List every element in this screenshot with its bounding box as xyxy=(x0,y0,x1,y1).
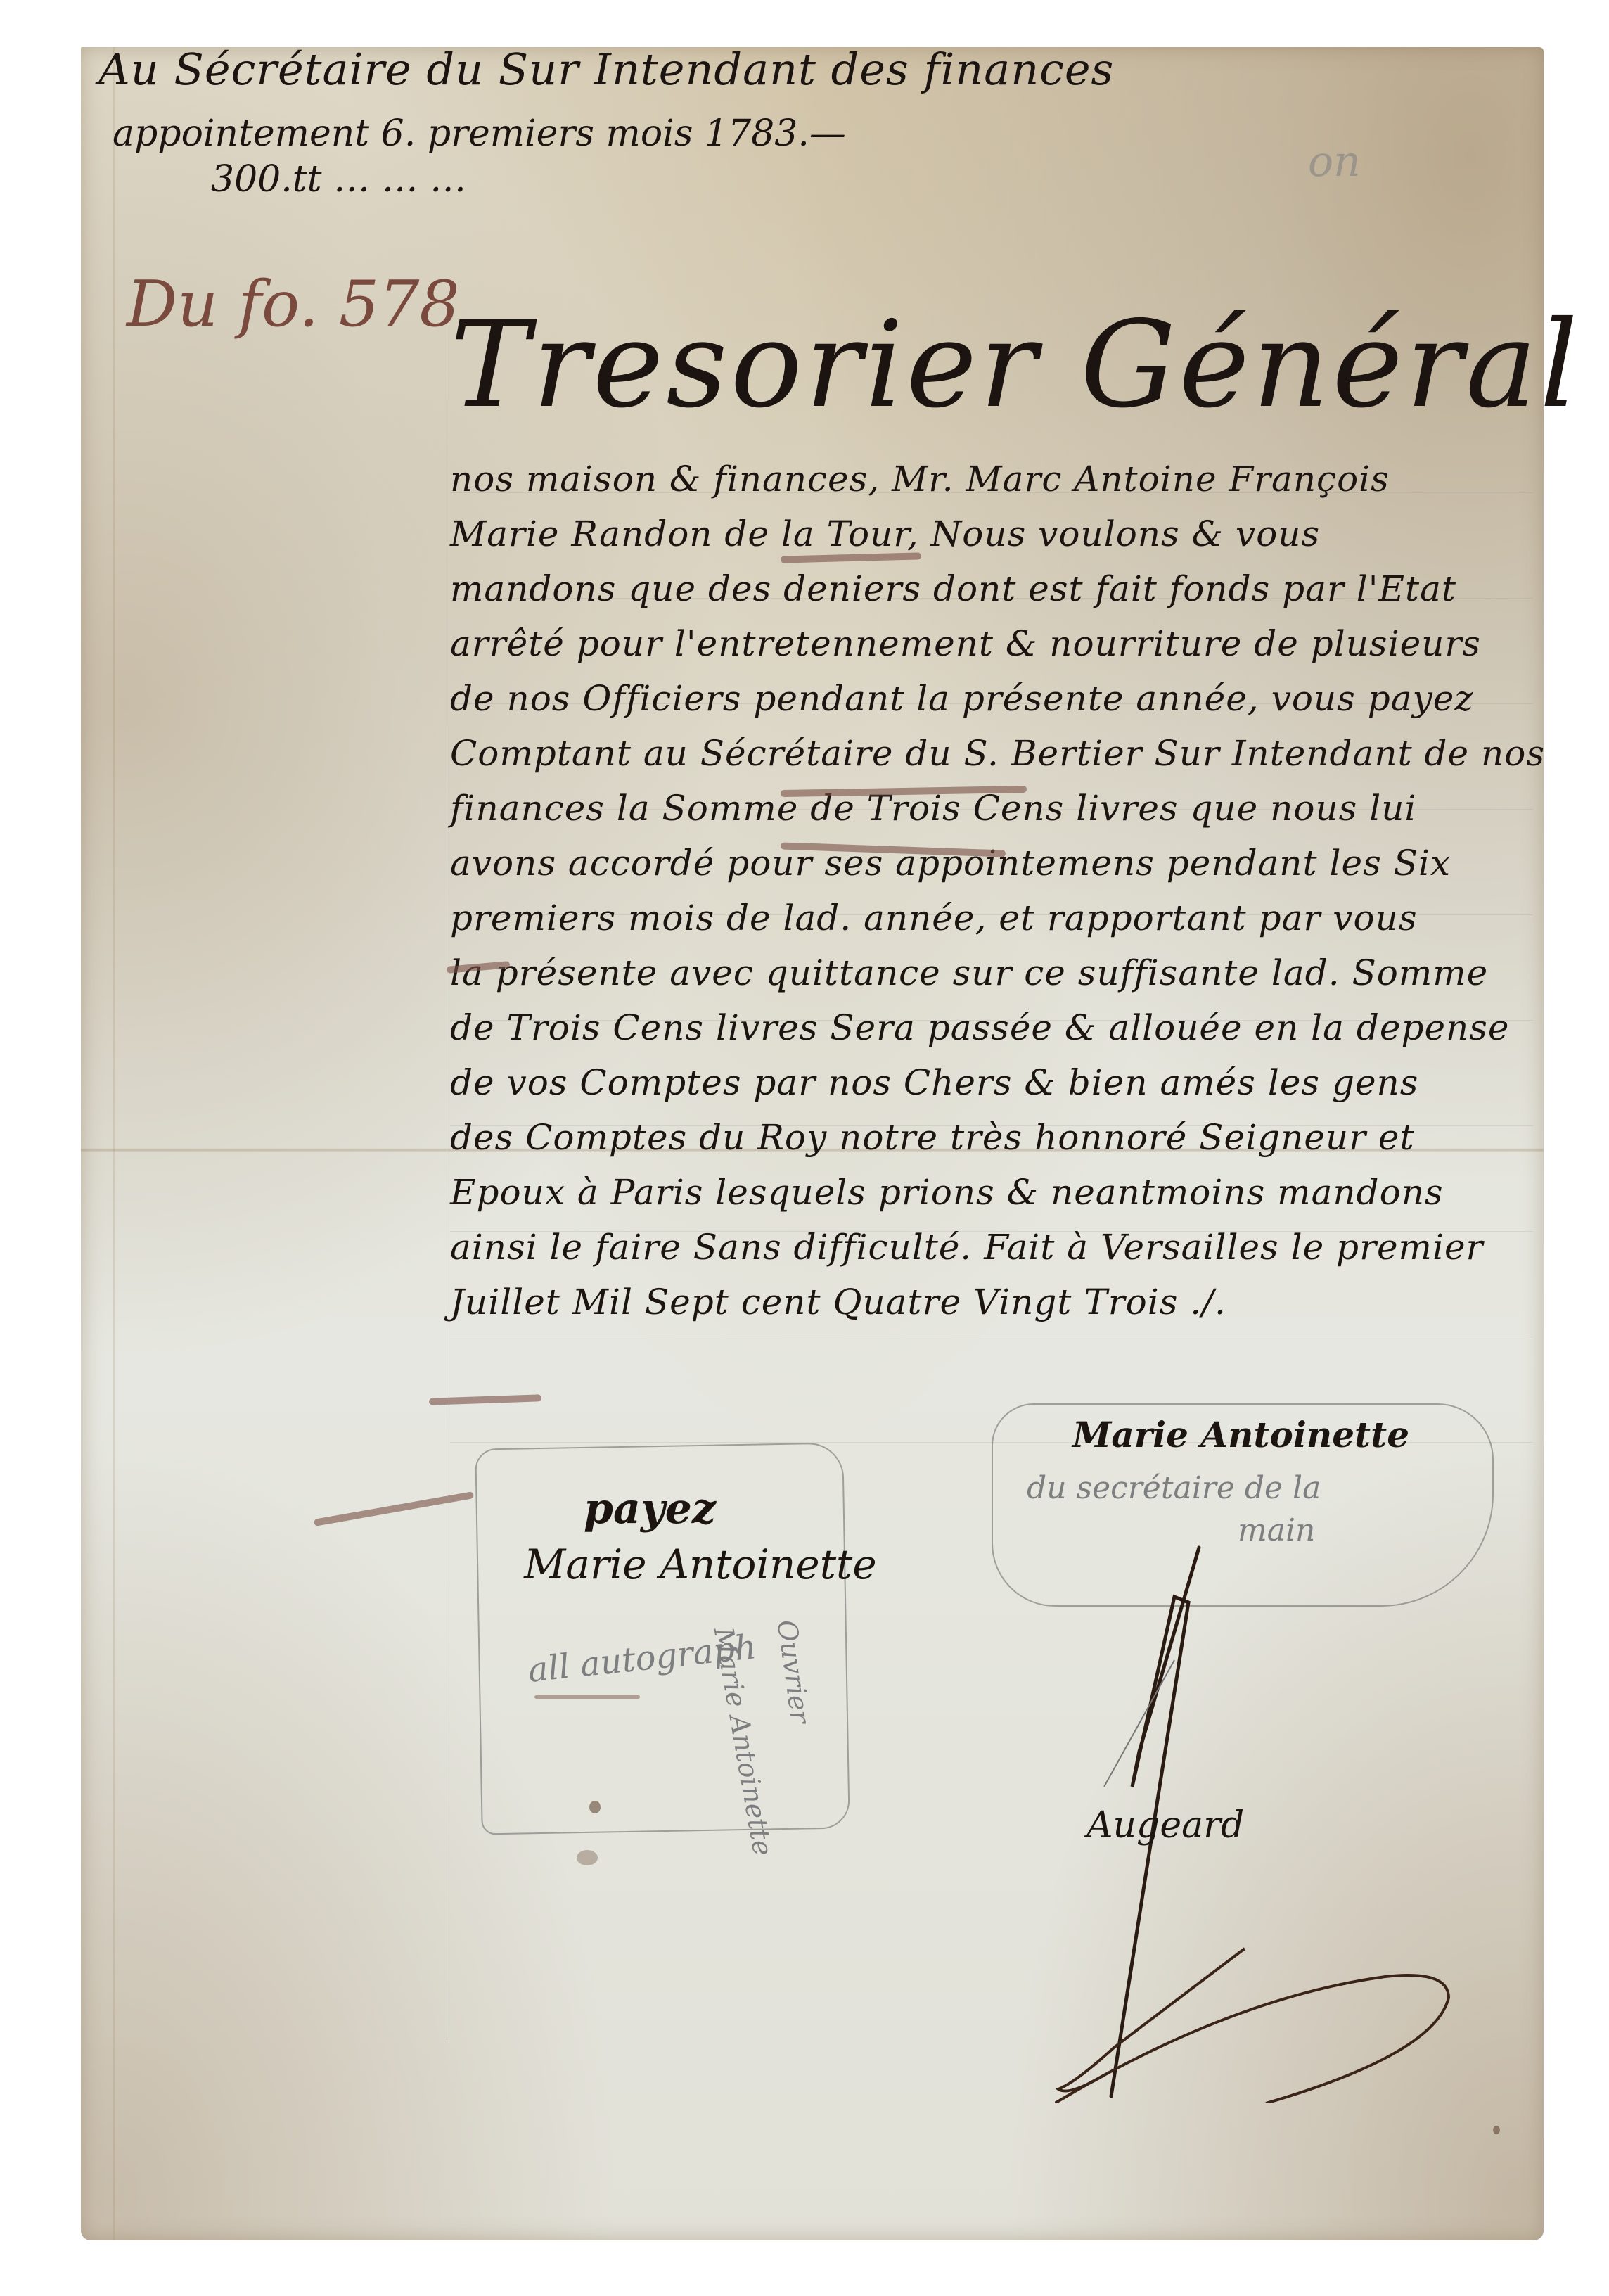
body-line: mandons que des deniers dont est fait fo… xyxy=(450,568,1456,609)
pencil-note-secretaire: du secrétaire de la xyxy=(1027,1470,1321,1506)
body-line: ainsi le faire Sans difficulté. Fait à V… xyxy=(450,1227,1483,1268)
margin-note-folio: Du fo. 578 xyxy=(127,267,460,341)
header-line-1: Au Sécrétaire du Sur Intendant des finan… xyxy=(98,44,1114,95)
body-line: des Comptes du Roy notre très honnoré Se… xyxy=(450,1117,1415,1158)
body-line: de nos Officiers pendant la présente ann… xyxy=(450,678,1474,719)
pencil-mark-top-right: on xyxy=(1308,137,1361,186)
ink-stain xyxy=(1493,2126,1500,2134)
header-line-2: appointement 6. premiers mois 1783.— xyxy=(113,113,846,155)
header-amount: 300.tt … … … xyxy=(211,158,466,200)
ruled-line xyxy=(450,1337,1533,1337)
vertical-edge-crease xyxy=(113,47,115,2240)
body-line: Marie Randon de la Tour, Nous voulons & … xyxy=(450,514,1320,554)
body-line: nos maison & finances, Mr. Marc Antoine … xyxy=(450,459,1390,499)
body-line: arrêté pour l'entretennement & nourritur… xyxy=(450,623,1481,664)
ink-stain xyxy=(589,1801,601,1813)
body-line: la présente avec quittance sur ce suffis… xyxy=(450,952,1488,993)
secretarial-signature-marie-antoinette: Marie Antoinette xyxy=(1072,1414,1409,1455)
autograph-payez: payez xyxy=(584,1484,716,1533)
body-line: de vos Comptes par nos Chers & bien amés… xyxy=(450,1062,1418,1103)
autograph-signature-marie-antoinette: Marie Antoinette xyxy=(524,1541,877,1588)
body-line: de Trois Cens livres Sera passée & allou… xyxy=(450,1007,1510,1048)
red-underline xyxy=(534,1695,640,1699)
document-title: Tresorier Général de xyxy=(450,295,1609,435)
countersignature-augeard: Augeard xyxy=(1086,1804,1244,1847)
body-line: Juillet Mil Sept cent Quatre Vingt Trois… xyxy=(450,1282,1226,1322)
ink-stain xyxy=(577,1850,598,1866)
body-line: premiers mois de lad. année, et rapporta… xyxy=(450,898,1418,938)
margin-rule-line xyxy=(447,281,447,2040)
body-line: Comptant au Sécrétaire du S. Bertier Sur… xyxy=(450,733,1545,774)
body-line: Epoux à Paris lesquels prions & neantmoi… xyxy=(450,1172,1444,1213)
